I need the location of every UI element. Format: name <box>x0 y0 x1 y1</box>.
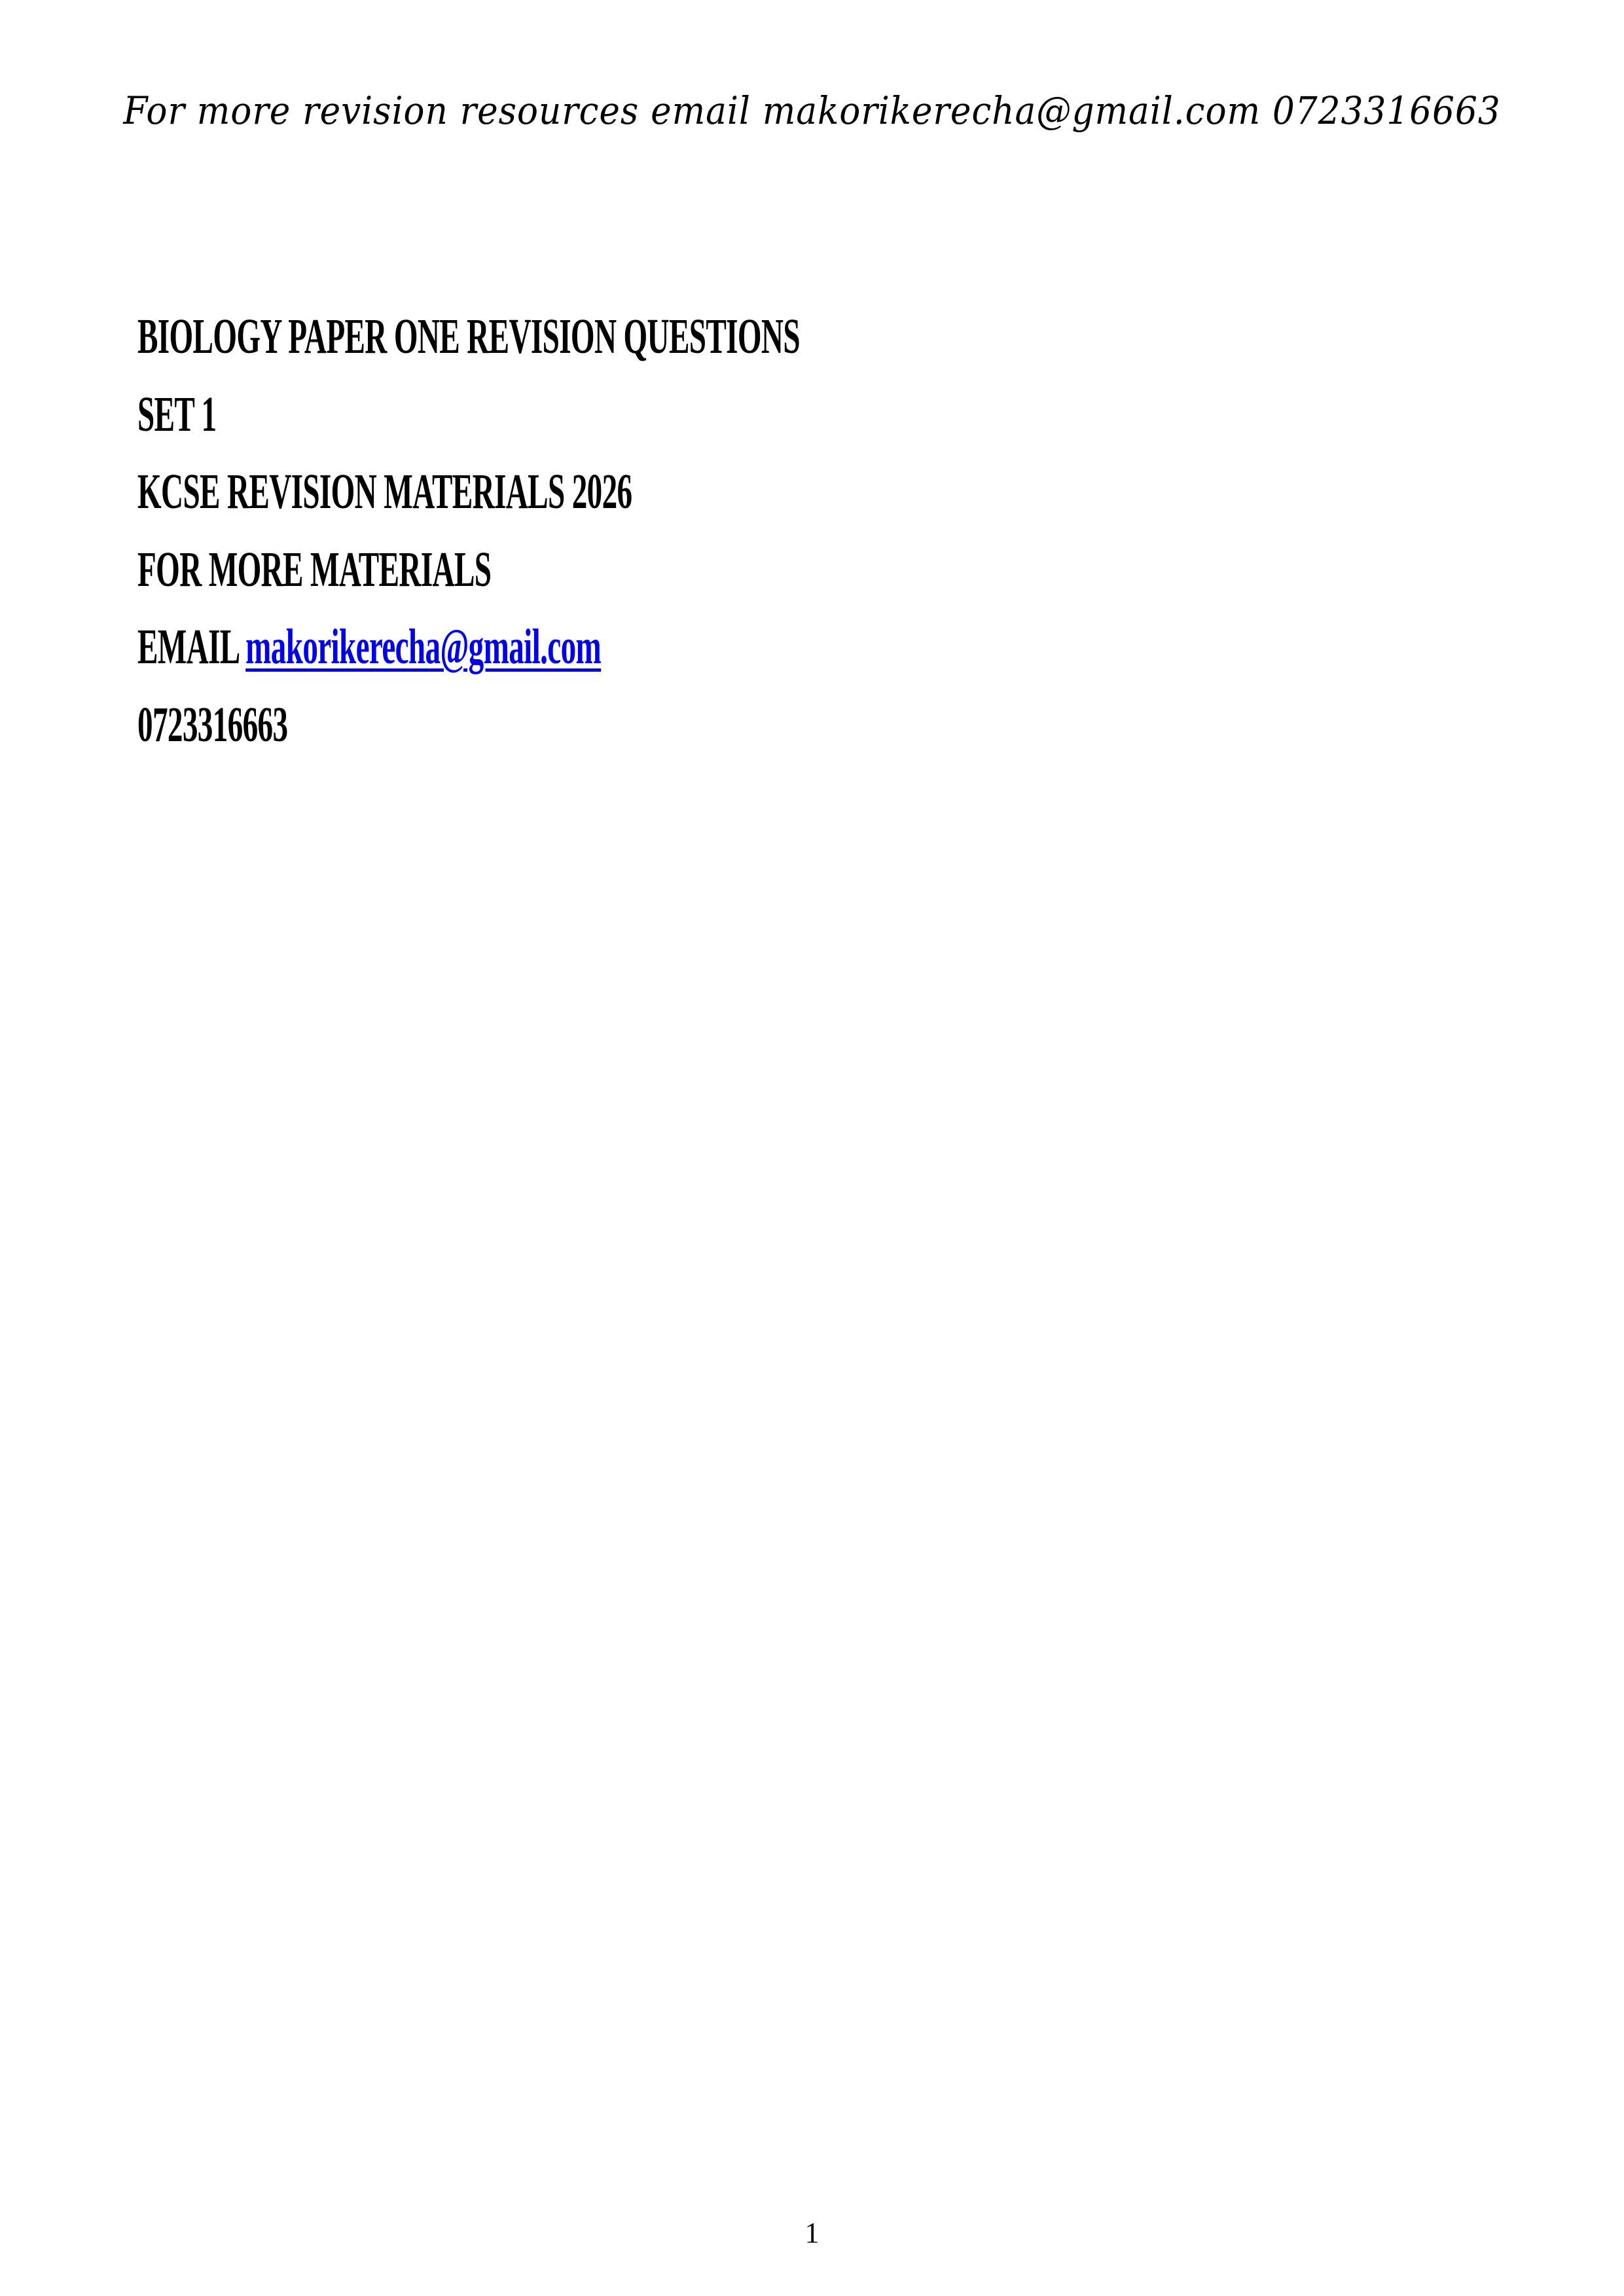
email-label: EMAIL <box>137 619 245 674</box>
set-label: SET 1 <box>137 376 800 454</box>
email-link[interactable]: makorikerecha@gmail.com <box>245 619 601 674</box>
page-number: 1 <box>0 2216 1624 2250</box>
email-line: EMAIL makorikerecha@gmail.com <box>137 608 800 686</box>
materials-heading: KCSE REVISION MATERIALS 2026 <box>137 453 800 531</box>
title-block: BIOLOGY PAPER ONE REVISION QUESTIONS SET… <box>137 298 1206 763</box>
document-title: BIOLOGY PAPER ONE REVISION QUESTIONS <box>137 298 800 376</box>
more-materials-label: FOR MORE MATERIALS <box>137 531 800 609</box>
phone-number: 0723316663 <box>137 686 800 764</box>
page-header: For more revision resources email makori… <box>65 88 1559 133</box>
